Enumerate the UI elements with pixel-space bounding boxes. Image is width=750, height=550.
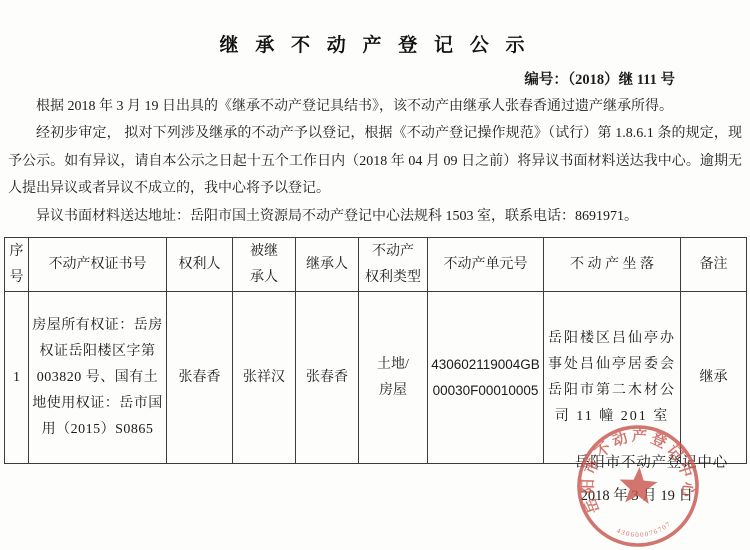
cell-decedent: 张祥汉 [233, 292, 296, 464]
col-header-right-holder: 权利人 [167, 238, 233, 292]
paragraph-review-and-objection: 经初步审定， 拟对下列涉及继承的不动产予以登记，根据《不动产登记操作规范》（试行… [8, 120, 742, 202]
doc-number: 编号：（2018）继 111 号 [0, 68, 750, 89]
cell-remark: 继承 [681, 292, 747, 464]
col-header-location: 不 动 产 坐 落 [544, 238, 681, 292]
signature-org: 岳阳市不动产登记中心 [0, 451, 728, 472]
cell-right-type: 土地/ 房屋 [359, 292, 428, 464]
col-header-seq: 序 号 [5, 238, 29, 292]
table-row: 1 房屋所有权证：岳房权证岳阳楼区字第 003820 号、国有土地使用权证：岳市… [5, 292, 747, 464]
col-header-remark: 备注 [681, 238, 747, 292]
col-header-heir: 继承人 [296, 238, 359, 292]
property-table: 序 号 不动产权证书号 权利人 被继 承人 继承人 不动产 权利类型 不动产单元… [4, 237, 747, 464]
body-paragraphs: 根据 2018 年 3 月 19 日出具的《继承不动产登记具结书》，该不动产由继… [8, 93, 742, 230]
cell-seq: 1 [5, 292, 29, 464]
svg-text:430600076707: 430600076707 [614, 519, 674, 542]
signature-date: 2018 年 3 月 19 日 [0, 484, 693, 505]
document-title: 继 承 不 动 产 登 记 公 示 [0, 30, 750, 57]
col-header-unit-no: 不动产单元号 [428, 238, 544, 292]
cell-cert-no: 房屋所有权证：岳房权证岳阳楼区字第 003820 号、国有土地使用权证：岳市国用… [29, 292, 167, 464]
seal-number: 430600076707 [614, 519, 674, 542]
cell-unit-no: 430602119004GB 00030F00010005 [428, 292, 544, 464]
notice-document: 继 承 不 动 产 登 记 公 示 编号：（2018）继 111 号 根据 20… [0, 0, 750, 550]
paragraph-basis: 根据 2018 年 3 月 19 日出具的《继承不动产登记具结书》，该不动产由继… [8, 93, 742, 120]
paragraph-contact-address: 异议书面材料送达地址：岳阳市国土资源局不动产登记中心法规科 1503 室，联系电… [8, 203, 742, 230]
col-header-decedent: 被继 承人 [233, 238, 296, 292]
cell-heir: 张春香 [296, 292, 359, 464]
cell-right-holder: 张春香 [167, 292, 233, 464]
col-header-right-type: 不动产 权利类型 [359, 238, 428, 292]
table-header-row: 序 号 不动产权证书号 权利人 被继 承人 继承人 不动产 权利类型 不动产单元… [5, 238, 747, 292]
col-header-cert-no: 不动产权证书号 [29, 238, 167, 292]
cell-location: 岳阳楼区吕仙亭办事处吕仙亭居委会岳阳市第二木材公司 11 幢 201 室 [544, 292, 681, 464]
